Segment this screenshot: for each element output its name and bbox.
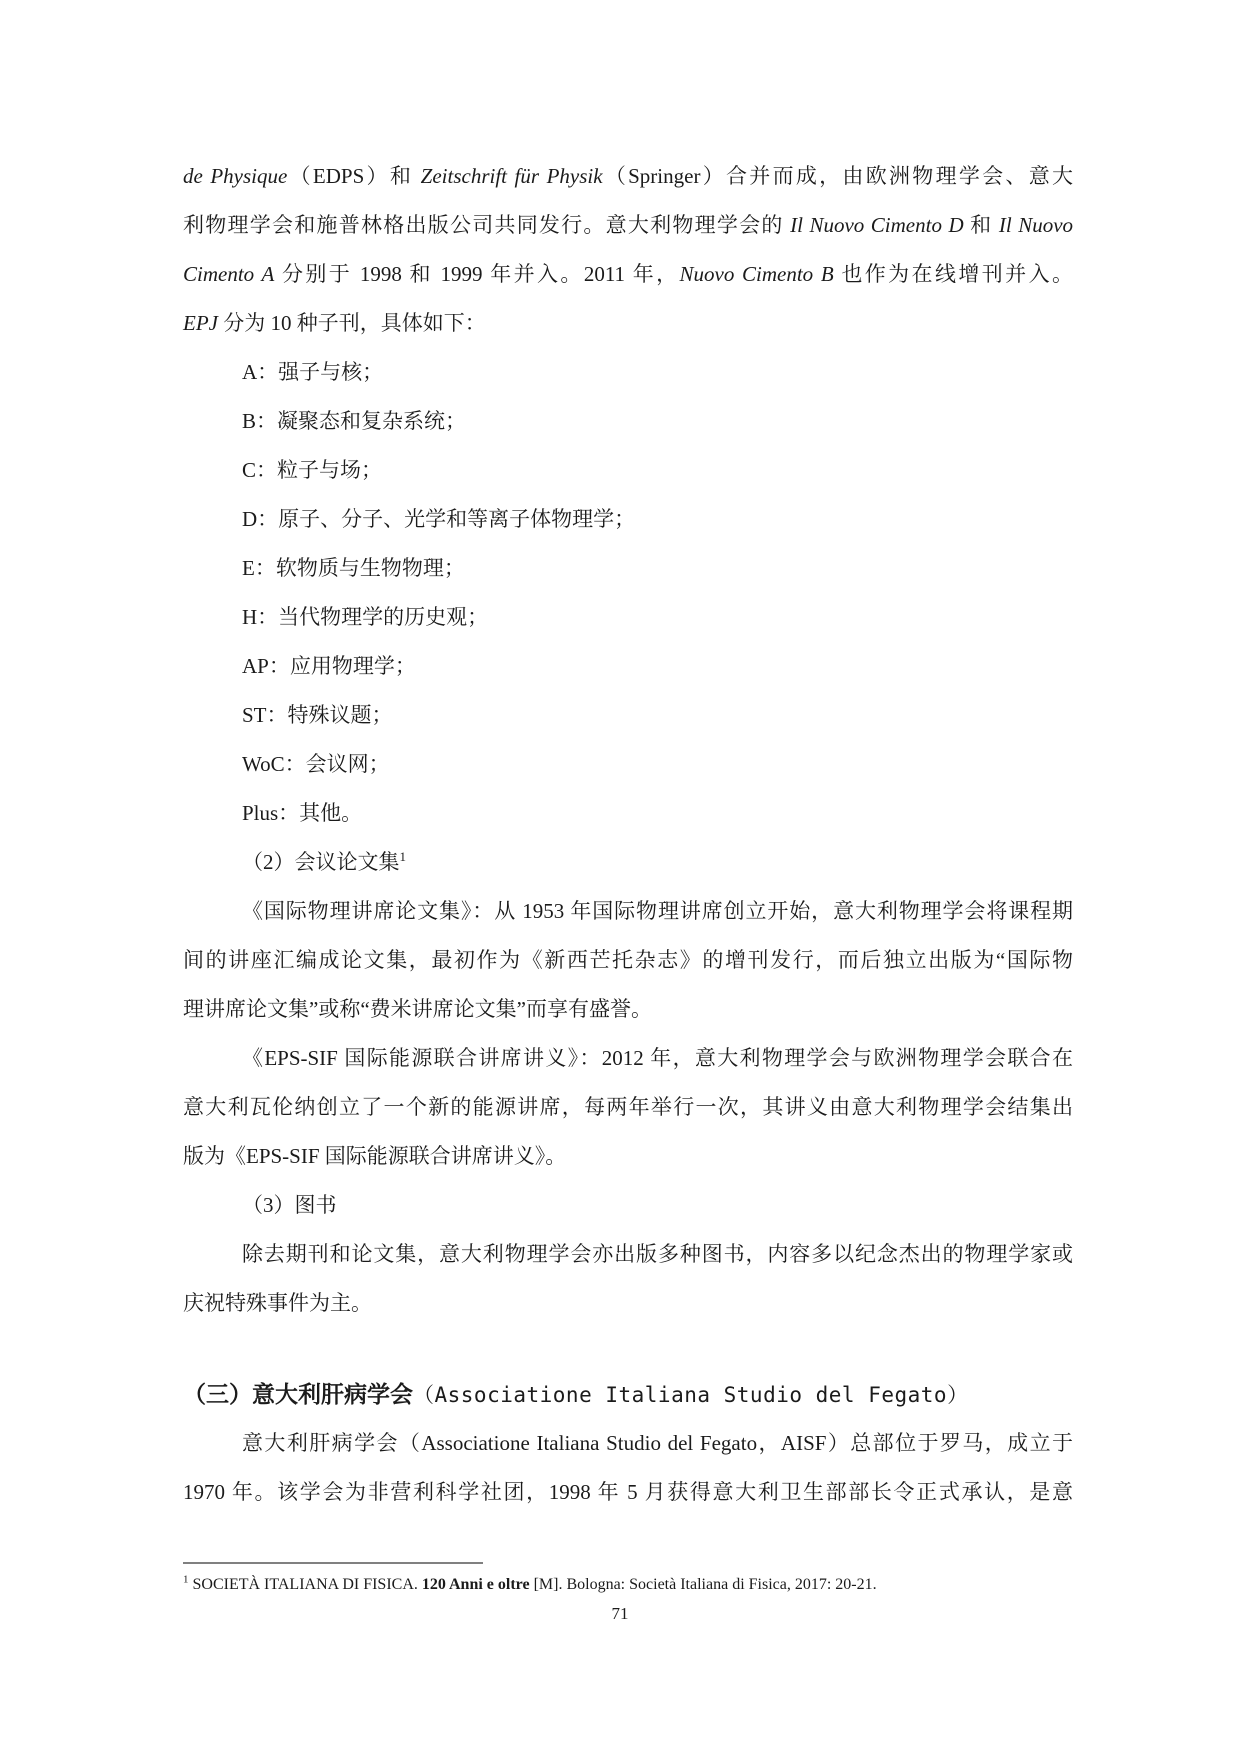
text-segment: （三）意大利肝病学会: [183, 1381, 413, 1407]
journal-list-item-plus: Plus：其他。: [183, 789, 1073, 838]
journal-list-item-d: D：原子、分子、光学和等离子体物理学；: [183, 495, 1073, 544]
journal-list-item-e: E：软物质与生物物理；: [183, 544, 1073, 593]
para-books-line-1: 除去期刊和论文集，意大利物理学会亦出版多种图书，内容多以纪念杰出的物理学家或: [183, 1230, 1073, 1279]
para-proceedings2-line-3: 版为《EPS-SIF 国际能源联合讲席讲义》。: [183, 1132, 1073, 1181]
subheading-proceedings: （2）会议论文集1: [183, 838, 1073, 887]
footnote-divider: [183, 1562, 483, 1564]
para-proceedings2-line-1: 《EPS-SIF 国际能源联合讲席讲义》：2012 年，意大利物理学会与欧洲物理…: [183, 1034, 1073, 1083]
text-segment: Zeitschrift für Physik: [421, 164, 603, 188]
footnote-marker: 1: [400, 849, 407, 864]
text-segment: （2）会议论文集: [242, 850, 400, 874]
para-journals-line-2: 利物理学会和施普林格出版公司共同发行。意大利物理学会的 Il Nuovo Cim…: [183, 201, 1073, 250]
para-journals-line-3: Cimento A 分别于 1998 和 1999 年并入。2011 年，Nuo…: [183, 250, 1073, 299]
document-body: de Physique（EDPS）和 Zeitschrift für Physi…: [183, 152, 1073, 1517]
text-segment: Il Nuovo Cimento D: [790, 213, 963, 237]
text-segment: （Springer）合并而成，由欧洲物理学会、意大: [603, 164, 1073, 188]
page-number: 71: [0, 1604, 1240, 1624]
text-segment: Il Nuovo: [999, 213, 1073, 237]
text-segment: 也作为在线增刊并入。: [834, 262, 1073, 286]
para-books-line-2: 庆祝特殊事件为主。: [183, 1279, 1073, 1328]
text-segment: Cimento A: [183, 262, 274, 286]
para-journals-line-1: de Physique（EDPS）和 Zeitschrift für Physi…: [183, 152, 1073, 201]
text-segment: 120 Anni e oltre: [422, 1576, 530, 1593]
text-segment: 利物理学会和施普林格出版公司共同发行。意大利物理学会的: [183, 213, 790, 237]
para-aisf-line-1: 意大利肝病学会（Associatione Italiana Studio del…: [183, 1419, 1073, 1468]
para-aisf-line-2: 1970 年。该学会为非营利科学社团，1998 年 5 月获得意大利卫生部部长令…: [183, 1468, 1073, 1517]
journal-list-item-ap: AP：应用物理学；: [183, 642, 1073, 691]
subheading-books: （3）图书: [183, 1181, 1073, 1230]
text-segment: （EDPS）和: [287, 164, 420, 188]
document-page: de Physique（EDPS）和 Zeitschrift für Physi…: [0, 0, 1240, 1753]
text-segment: Nuovo Cimento B: [680, 262, 834, 286]
footnote: 1 SOCIETÀ ITALIANA DI FISICA. 120 Anni e…: [183, 1572, 1143, 1598]
text-segment: 分为 10 种子刊，具体如下：: [218, 311, 486, 335]
journal-list-item-a: A：强子与核；: [183, 348, 1073, 397]
text-segment: 和: [964, 213, 999, 237]
journal-list-item-c: C：粒子与场；: [183, 446, 1073, 495]
section-heading-aisf: （三）意大利肝病学会（Associatione Italiana Studio …: [183, 1370, 1073, 1419]
text-segment: [M]. Bologna: Società Italiana di Fisica…: [530, 1576, 877, 1593]
para-journals-line-4: EPJ 分为 10 种子刊，具体如下：: [183, 299, 1073, 348]
text-segment: （Associatione Italiana Studio del Fegato…: [413, 1383, 969, 1407]
para-proceedings1-line-2: 间的讲座汇编成论文集，最初作为《新西芒托杂志》的增刊发行，而后独立出版为“国际物: [183, 936, 1073, 985]
journal-list-item-b: B：凝聚态和复杂系统；: [183, 397, 1073, 446]
text-segment: SOCIETÀ ITALIANA DI FISICA.: [189, 1576, 422, 1593]
para-proceedings1-line-1: 《国际物理讲席论文集》：从 1953 年国际物理讲席创立开始，意大利物理学会将课…: [183, 887, 1073, 936]
text-segment: de Physique: [183, 164, 287, 188]
journal-list-item-h: H：当代物理学的历史观；: [183, 593, 1073, 642]
para-proceedings2-line-2: 意大利瓦伦纳创立了一个新的能源讲席，每两年举行一次，其讲义由意大利物理学会结集出: [183, 1083, 1073, 1132]
journal-list-item-woc: WoC：会议网；: [183, 740, 1073, 789]
text-segment: EPJ: [183, 311, 218, 335]
para-proceedings1-line-3: 理讲席论文集”或称“费米讲席论文集”而享有盛誉。: [183, 985, 1073, 1034]
journal-list-item-st: ST：特殊议题；: [183, 691, 1073, 740]
text-segment: 分别于 1998 和 1999 年并入。2011 年，: [274, 262, 679, 286]
